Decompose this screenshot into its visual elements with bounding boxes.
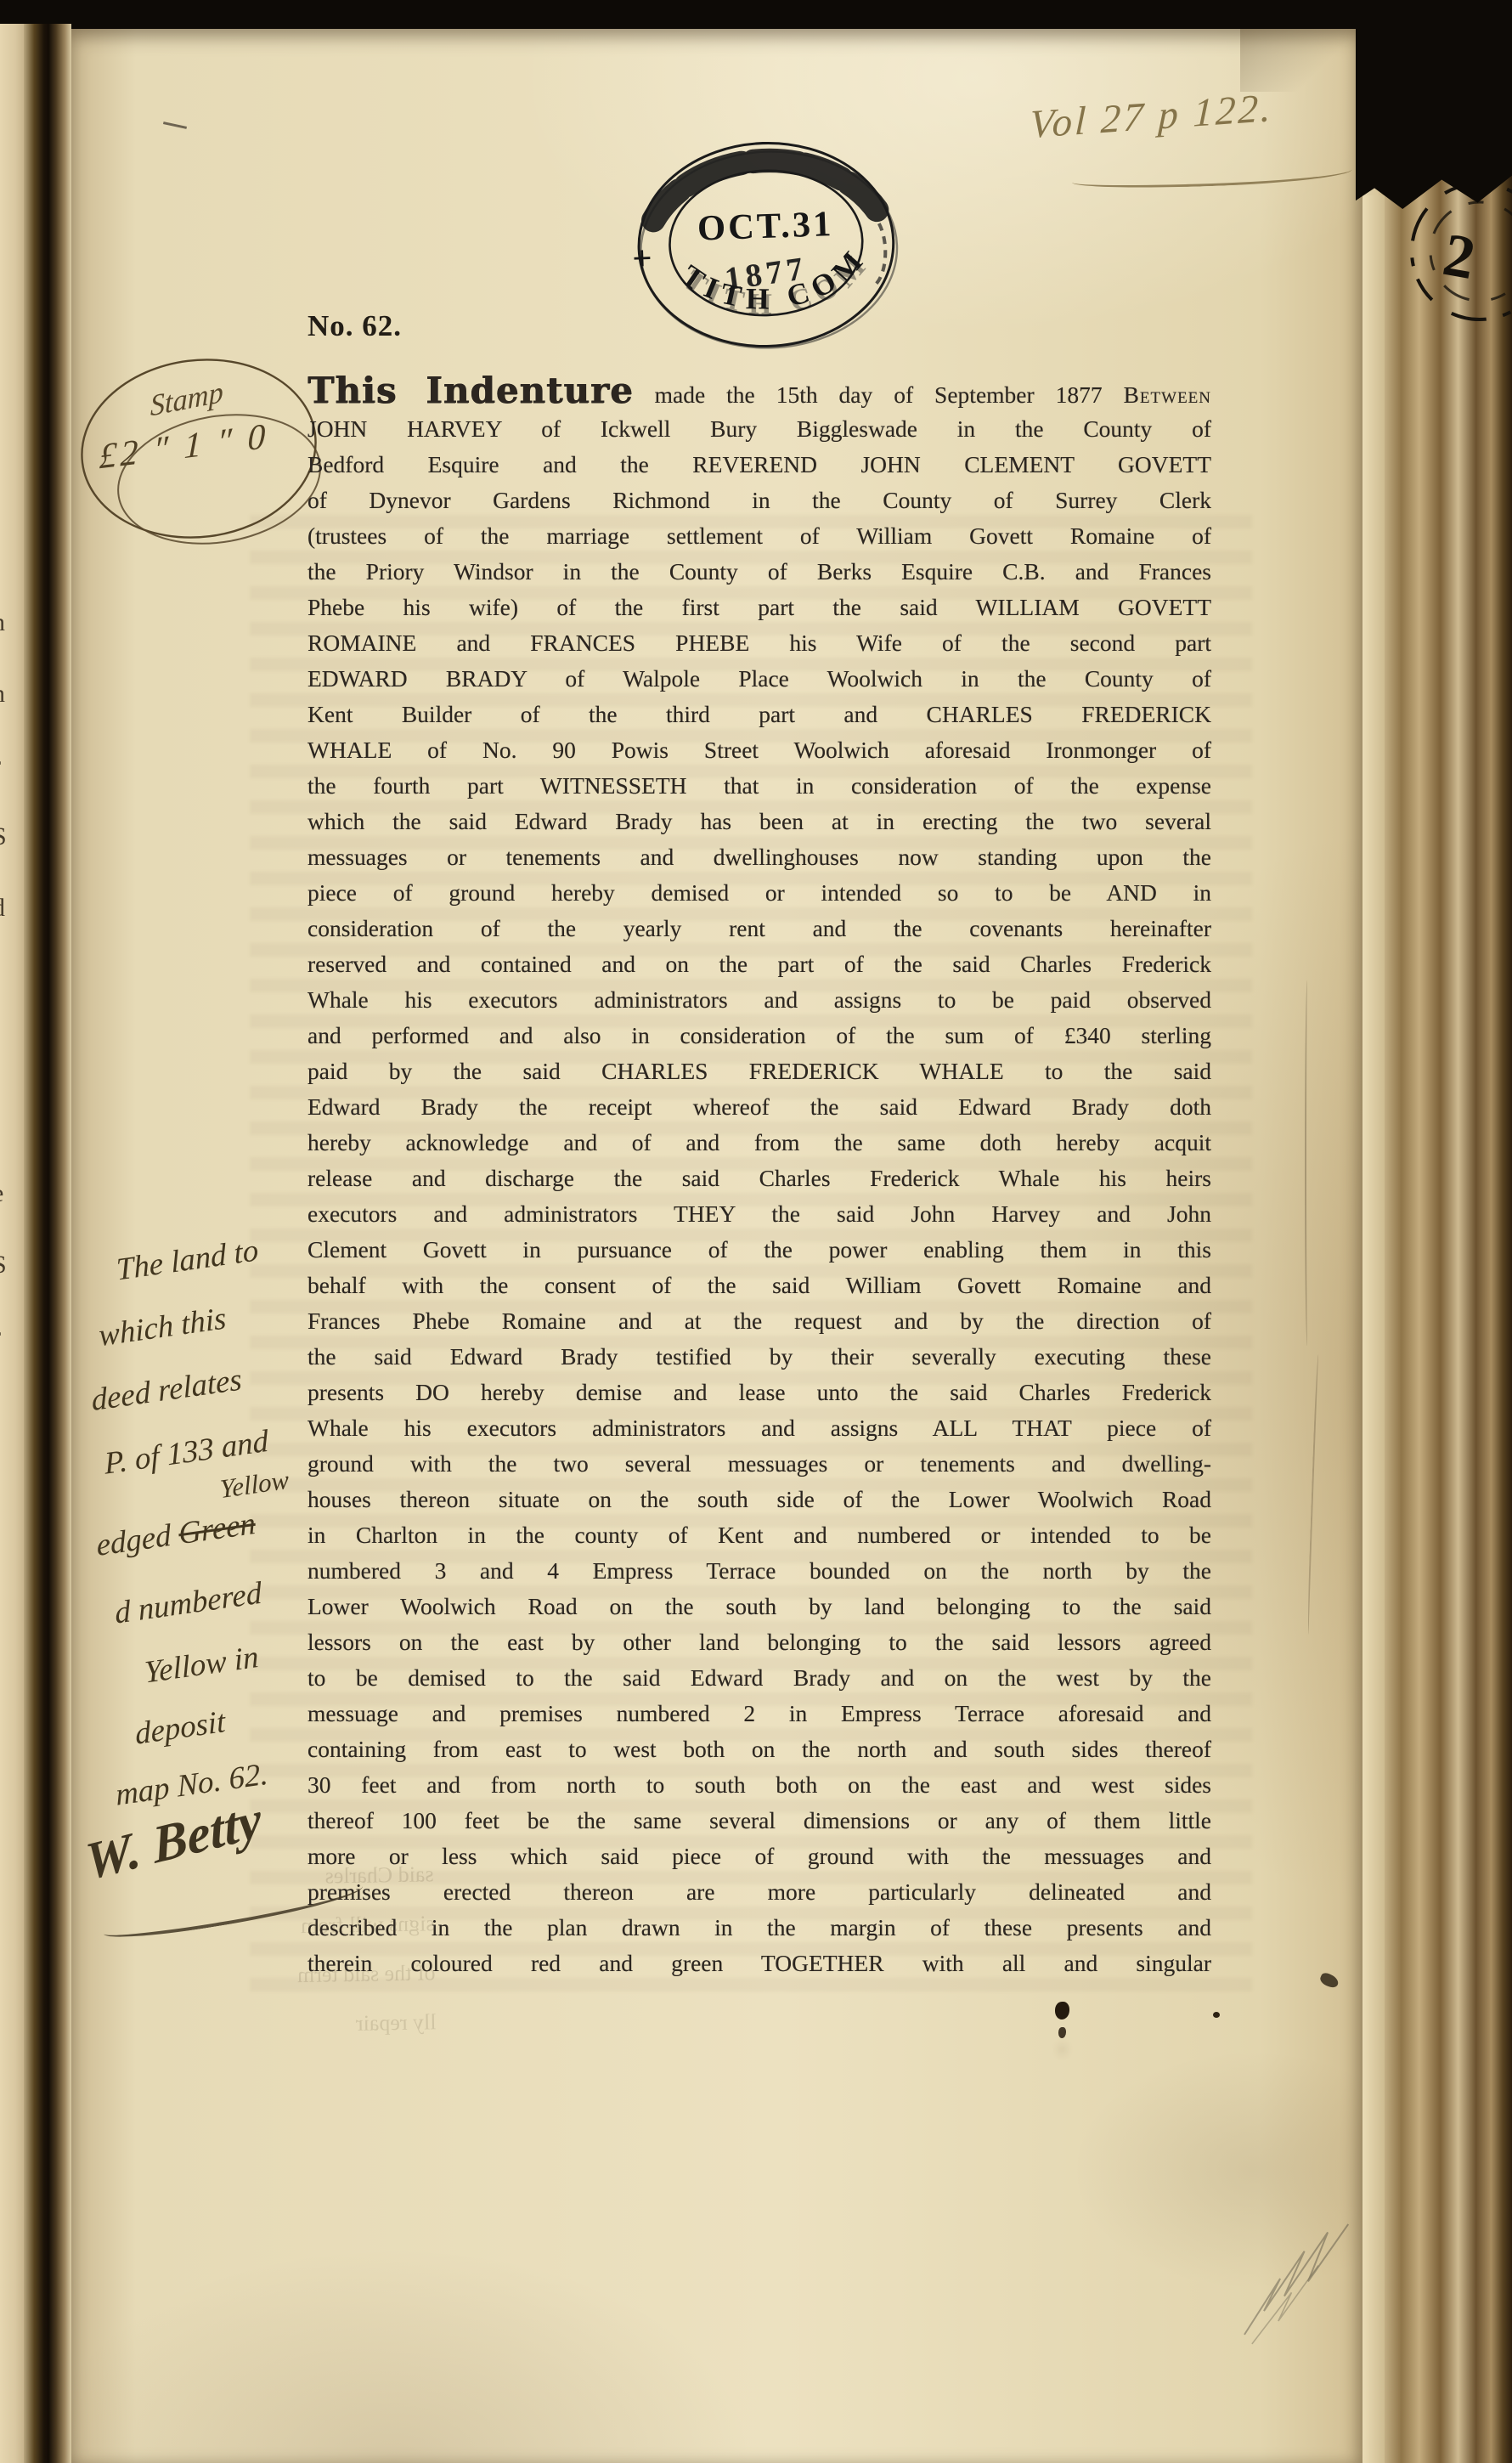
stamp-duty-annotation: Stamp £2 ″ 1 ″ 0 — [75, 353, 330, 557]
text-line: the Priory Windsor in the County of Berk… — [307, 554, 1211, 590]
text-line: the fourth part WITNESSETH that in consi… — [307, 768, 1211, 804]
previous-page-edge: tlnnrSd-tteSr — [0, 24, 25, 2463]
deed-body-text: This Indenture made the 15th day of Sept… — [307, 370, 1211, 1981]
bleed-through-line: lly repair — [172, 1997, 437, 2051]
text-fragment: e — [0, 1179, 7, 1251]
margin-note-line: d numbered — [114, 1575, 263, 1632]
text-line: ROMAINE and FRANCES PHEBE his Wife of th… — [307, 625, 1211, 661]
margin-note-line: Yellowedged Green — [95, 1505, 257, 1564]
paper-crease — [1305, 980, 1310, 1346]
text-line: and performed and also in consideration … — [307, 1018, 1211, 1054]
margin-note-insertion: Yellow — [219, 1465, 290, 1505]
text-line: described in the plan drawn in the margi… — [307, 1910, 1211, 1946]
book-gutter — [24, 24, 71, 2463]
text-line: reserved and contained and on the part o… — [307, 946, 1211, 982]
text-fragment: t — [0, 1108, 7, 1179]
text-line: Kent Builder of the third part and CHARL… — [307, 697, 1211, 732]
text-line: in Charlton in the county of Kent and nu… — [307, 1517, 1211, 1553]
text-line: Clement Govett in pursuance of the power… — [307, 1232, 1211, 1268]
text-line: Edward Brady the receipt whereof the sai… — [307, 1089, 1211, 1125]
ink-blot — [1055, 2002, 1069, 2020]
text-line: JOHN HARVEY of Ickwell Bury Biggleswade … — [307, 411, 1211, 447]
text-line: WHALE of No. 90 Powis Street Woolwich af… — [307, 732, 1211, 768]
stamp-date: OCT.31 — [697, 204, 834, 249]
text-line: messuage and premises numbered 2 in Empr… — [307, 1696, 1211, 1731]
text-fragment: l — [0, 537, 7, 608]
page-corner-shadow — [1240, 29, 1362, 92]
text-line: Lower Woolwich Road on the south by land… — [307, 1589, 1211, 1624]
stamp-right-rim-marks — [872, 223, 887, 285]
partial-stamp-digit: 2 — [1438, 220, 1480, 292]
body-lines: JOHN HARVEY of Ickwell Bury Biggleswade … — [307, 411, 1211, 1981]
text-line: executors and administrators THEY the sa… — [307, 1196, 1211, 1232]
text-line: hereby acknowledge and of and from the s… — [307, 1125, 1211, 1161]
text-line: Whale his executors administrators and a… — [307, 1410, 1211, 1446]
text-line: Frances Phebe Romaine and at the request… — [307, 1303, 1211, 1339]
photograph-of-deed-page: tlnnrSd-tteSr Vol 27 p 122. + OCT.31 187… — [0, 0, 1512, 2463]
text-line: containing from east to west both on the… — [307, 1731, 1211, 1767]
text-fragment: t — [0, 466, 7, 537]
margin-note-line: deposit — [134, 1703, 227, 1753]
page-stack-edge: 2 — [1362, 0, 1512, 2463]
text-line: thereof 100 feet be the same several dim… — [307, 1803, 1211, 1839]
text-line: therein coloured red and green TOGETHER … — [307, 1946, 1211, 1981]
annotation-underline — [1072, 165, 1352, 191]
ink-blot — [1318, 1971, 1340, 1990]
deed-page: Vol 27 p 122. + OCT.31 1877 TITH COM No.… — [71, 29, 1362, 2463]
text-line: messuages or tenements and dwellinghouse… — [307, 839, 1211, 875]
text-line: of Dynevor Gardens Richmond in the Count… — [307, 483, 1211, 518]
next-page-edge — [1362, 195, 1385, 2463]
margin-note-line: The land to — [116, 1232, 260, 1288]
previous-page-text-fragments: tlnnrSd-tteSr — [0, 466, 7, 1393]
text-fragment: t — [0, 1037, 7, 1108]
margin-note-line: deed relates — [90, 1361, 243, 1419]
opening-blackletter: This Indenture — [307, 370, 634, 411]
text-fragment: d — [0, 894, 7, 965]
bleed-through-text: said Charlessigns will fromof the said t… — [170, 1850, 437, 2051]
text-line: consideration of the yearly rent and the… — [307, 911, 1211, 946]
pencil-scribble — [1226, 2198, 1368, 2364]
photo-background — [0, 0, 1512, 31]
text-line: Whale his executors administrators and a… — [307, 982, 1211, 1018]
text-line: presents DO hereby demise and lease unto… — [307, 1375, 1211, 1410]
margin-note-word: edged — [95, 1517, 180, 1563]
text-fragment: r — [0, 751, 7, 822]
text-line: Bedford Esquire and the REVEREND JOHN CL… — [307, 447, 1211, 483]
paper-crease — [1306, 1354, 1322, 1635]
text-line: houses thereon situate on the south side… — [307, 1482, 1211, 1517]
text-line: the said Edward Brady testified by their… — [307, 1339, 1211, 1375]
text-line: ground with the two several messuages or… — [307, 1446, 1211, 1482]
opening-rest: made the 15th day of September 1877 — [634, 381, 1124, 408]
text-line: paid by the said CHARLES FREDERICK WHALE… — [307, 1054, 1211, 1089]
text-line: which the said Edward Brady has been at … — [307, 804, 1211, 839]
margin-note-line: Yellow in — [144, 1639, 260, 1692]
text-fragment: S — [0, 1251, 7, 1322]
ink-blot — [1213, 2012, 1220, 2018]
text-line: to be demised to the said Edward Brady a… — [307, 1660, 1211, 1696]
text-line: numbered 3 and 4 Empress Terrace bounded… — [307, 1553, 1211, 1589]
bleed-through-line: of the said term — [172, 1948, 436, 2002]
margin-note: The land to which this deed relates P. o… — [76, 1215, 420, 1852]
text-line: EDWARD BRADY of Walpole Place Woolwich i… — [307, 661, 1211, 697]
text-fragment: S — [0, 822, 7, 894]
opening-between: Between — [1124, 381, 1211, 408]
document-number: No. 62. — [307, 309, 402, 343]
receipt-date-stamp: + OCT.31 1877 TITH COM — [624, 129, 907, 363]
text-fragment: - — [0, 965, 7, 1037]
text-line: piece of ground hereby demised or intend… — [307, 875, 1211, 911]
text-fragment: r — [0, 1322, 7, 1393]
text-line: release and discharge the said Charles F… — [307, 1161, 1211, 1196]
text-line: (trustees of the marriage settlement of … — [307, 518, 1211, 554]
pen-dash-mark — [163, 121, 187, 129]
margin-note-line: which this — [98, 1300, 228, 1354]
margin-note-struck-word: Green — [178, 1506, 257, 1552]
text-line: more or less which said piece of ground … — [307, 1839, 1211, 1874]
volume-page-annotation: Vol 27 p 122. — [1029, 85, 1273, 148]
text-fragment: n — [0, 680, 7, 751]
text-line: behalf with the consent of the said Will… — [307, 1268, 1211, 1303]
text-fragment: n — [0, 608, 7, 680]
photo-background-corner — [1356, 0, 1512, 209]
stamp-left-cross: + — [632, 239, 653, 278]
text-line: Phebe his wife) of the first part the sa… — [307, 590, 1211, 625]
opening-line: This Indenture made the 15th day of Sept… — [307, 370, 1211, 411]
text-line: lessors on the east by other land belong… — [307, 1624, 1211, 1660]
text-line: 30 feet and from north to south both on … — [307, 1767, 1211, 1803]
text-line: premises erected thereon are more partic… — [307, 1874, 1211, 1910]
